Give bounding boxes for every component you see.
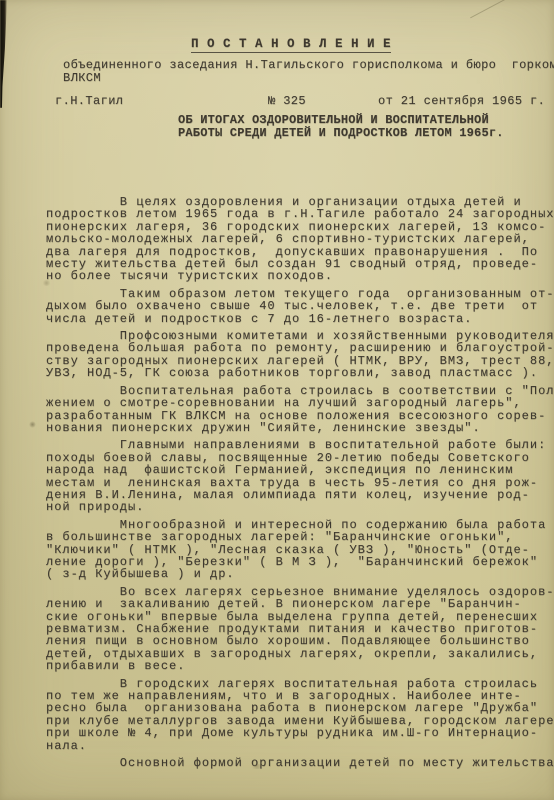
document-paragraph: Таким образом летом текущего года органи… (46, 288, 554, 325)
document-title-text: П О С Т А Н О В Л Е Н И Е (191, 37, 391, 53)
document-body: В целях оздоровления и организации отдых… (46, 196, 554, 774)
document-date: от 21 сентября 1965 г. (378, 94, 545, 108)
scan-scratch-artifact (470, 0, 506, 18)
document-number: № 325 (268, 94, 306, 108)
document-subject: ОБ ИТОГАХ ОЗДОРОВИТЕЛЬНОЙ И ВОСПИТАТЕЛЬН… (178, 114, 504, 140)
document-place: г.Н.Тагил (55, 94, 123, 108)
document-paragraph: Воспитательная работа строилась в соотве… (46, 385, 554, 435)
scanned-document-page: П О С Т А Н О В Л Е Н И Е объединенного … (0, 0, 554, 800)
paper-speck (250, 764, 264, 769)
document-paragraph: Профсоюзными комитетами и хозяйственными… (46, 330, 554, 380)
document-paragraph: В целях оздоровления и организации отдых… (46, 196, 554, 283)
paper-speck (29, 421, 36, 428)
document-subtitle: объединенного заседания Н.Тагильского го… (63, 59, 554, 84)
document-paragraph: Многообразной и интересной по содержанию… (46, 519, 554, 581)
paper-speck (42, 280, 51, 286)
document-meta-row: г.Н.Тагил № 325 от 21 сентября 1965 г. (0, 94, 554, 108)
document-paragraph: Основной формой организации детей по мес… (46, 757, 554, 769)
scan-edge-artifact (0, 0, 7, 108)
document-paragraph: Главными направлениями в воспитательной … (46, 439, 554, 513)
document-paragraph: В городских лагерях воспитательная работ… (46, 678, 554, 752)
document-paragraph: Во всех лагерях серьезное внимание уделя… (46, 586, 554, 673)
document-title: П О С Т А Н О В Л Е Н И Е (0, 34, 554, 53)
